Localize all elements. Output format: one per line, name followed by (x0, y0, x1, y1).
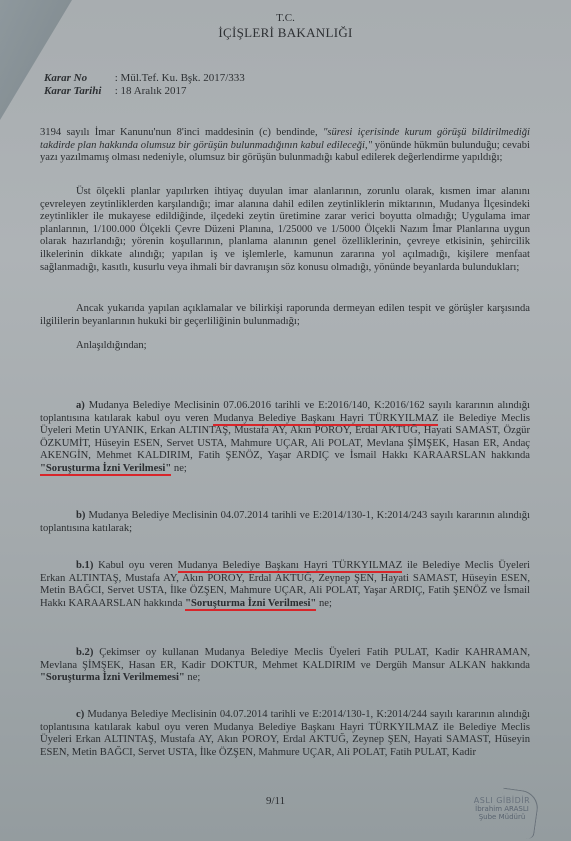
item-b1: b.1) Kabul oyu veren Mudanya Belediye Ba… (40, 560, 530, 610)
header-ministry: İÇİŞLERİ BAKANLIĞI (0, 25, 571, 41)
decision-number-value: : Mül.Tef. Ku. Bşk. 2017/333 (115, 72, 245, 84)
stamp-title: Şube Müdürü (462, 813, 542, 821)
text-span: Mudanya Belediye Meclisinin 04.07.2014 t… (40, 510, 530, 534)
item-a: a) Mudanya Belediye Meclisinin 07.06.201… (40, 400, 530, 476)
decision-date-value: : 18 Aralık 2017 (115, 85, 187, 97)
decision-number: Karar No : Mül.Tef. Ku. Bşk. 2017/333 (44, 72, 245, 84)
item-label: b.1) (76, 560, 93, 571)
text-span: Mudanya Belediye Meclisinin 04.07.2014 t… (40, 709, 530, 758)
item-c: c) Mudanya Belediye Meclisinin 04.07.201… (40, 709, 530, 759)
highlighted-mayor: Mudanya Belediye Başkanı Hayri TÜRKYILMA… (178, 560, 403, 573)
item-label: c) (76, 709, 84, 720)
page-number: 9/11 (266, 795, 285, 807)
highlighted-mayor: Mudanya Belediye Başkanı Hayri TÜRKYILMA… (213, 413, 438, 426)
document-page: T.C. İÇİŞLERİ BAKANLIĞI Karar No : Mül.T… (0, 0, 571, 841)
item-label: b.2) (76, 647, 93, 658)
decision-date: Karar Tarihi : 18 Aralık 2017 (44, 85, 187, 97)
paragraph-zoning-law: 3194 sayılı İmar Kanunu'nun 8'inci madde… (40, 127, 530, 165)
text-span: Çekimser oy kullanan Mudanya Belediye Me… (40, 647, 530, 671)
header-country: T.C. (0, 12, 571, 24)
decision-number-label: Karar No (44, 72, 112, 84)
decision-phrase: "Soruşturma İzni Verilmemesi" (40, 672, 185, 683)
paragraph-understood: Anlaşıldığından; (40, 340, 530, 353)
decision-date-label: Karar Tarihi (44, 85, 112, 97)
stamp-certified: ASLI GİBİDİR (462, 797, 542, 805)
text-span: ne; (316, 598, 332, 609)
decision-phrase: "Soruşturma İzni Verilmesi" (185, 598, 316, 611)
paragraph-plans: Üst ölçekli planlar yapılırken ihtiyaç d… (40, 186, 530, 274)
paragraph-however: Ancak yukarıda yapılan açıklamalar ve bi… (40, 303, 530, 328)
item-b2: b.2) Çekimser oy kullanan Mudanya Beledi… (40, 647, 530, 685)
decision-phrase: "Soruşturma İzni Verilmesi" (40, 463, 171, 476)
item-label: a) (76, 400, 85, 411)
text-span: 3194 sayılı İmar Kanunu'nun 8'inci madde… (40, 127, 323, 138)
item-b: b) Mudanya Belediye Meclisinin 04.07.201… (40, 510, 530, 535)
text-span: Kabul oyu veren (93, 560, 177, 571)
stamp-name: İbrahim ARASLI (462, 805, 542, 813)
text-span: ne; (185, 672, 201, 683)
certification-stamp: ASLI GİBİDİR İbrahim ARASLI Şube Müdürü (462, 797, 542, 821)
text-span: ne; (171, 463, 187, 474)
item-label: b) (76, 510, 85, 521)
